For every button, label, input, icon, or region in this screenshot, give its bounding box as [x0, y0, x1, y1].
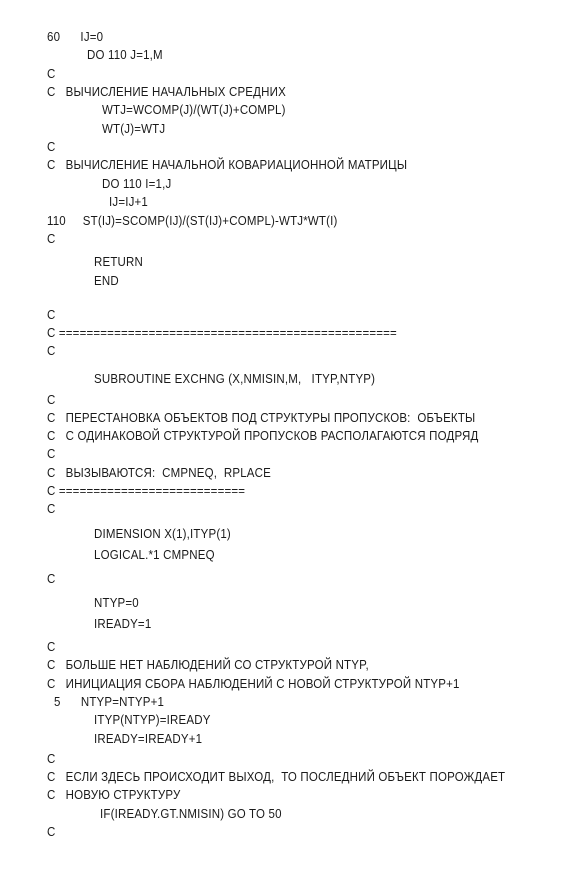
code-line: IREADY=1: [94, 615, 151, 633]
code-line: C С ОДИНАКОВОЙ СТРУКТУРОЙ ПРОПУСКОВ РАСП…: [47, 427, 479, 445]
code-line: C ВЫЧИСЛЕНИЕ НАЧАЛЬНОЙ КОВАРИАЦИОННОЙ МА…: [47, 156, 407, 174]
code-line: ITYP(NTYP)=IREADY: [94, 711, 211, 729]
code-line: C: [47, 306, 55, 324]
code-line: C БОЛЬШЕ НЕТ НАБЛЮДЕНИЙ СО СТРУКТУРОЙ NT…: [47, 656, 369, 674]
code-line: LOGICAL.*1 CMPNEQ: [94, 546, 215, 564]
code-line: IF(IREADY.GT.NMISIN) GO TO 50: [100, 805, 282, 823]
code-line: RETURN: [94, 253, 143, 271]
code-line: C: [47, 750, 55, 768]
code-line: END: [94, 272, 119, 290]
code-line: DIMENSION X(1),ITYP(1): [94, 525, 231, 543]
code-listing-page: 60 IJ=0DO 110 J=1,MCC ВЫЧИСЛЕНИЕ НАЧАЛЬН…: [0, 0, 569, 884]
code-line: C: [47, 500, 55, 518]
code-line: C: [47, 570, 55, 588]
code-line: C: [47, 230, 55, 248]
code-line: SUBROUTINE EXCHNG (X,NMISIN,M, ITYP,NTYP…: [94, 370, 375, 388]
code-line: C НОВУЮ СТРУКТУРУ: [47, 786, 180, 804]
code-line: C: [47, 138, 55, 156]
code-line: IREADY=IREADY+1: [94, 730, 202, 748]
code-line: C: [47, 391, 55, 409]
code-line: NTYP=0: [94, 594, 139, 612]
code-line: IJ=IJ+1: [109, 193, 148, 211]
code-line: 110 ST(IJ)=SCOMP(IJ)/(ST(IJ)+COMPL)-WTJ*…: [47, 212, 338, 230]
code-line: C ЕСЛИ ЗДЕСЬ ПРОИСХОДИТ ВЫХОД, ТО ПОСЛЕД…: [47, 768, 505, 786]
code-line: C ===========================: [47, 482, 245, 500]
code-line: C ИНИЦИАЦИЯ СБОРА НАБЛЮДЕНИЙ С НОВОЙ СТР…: [47, 675, 460, 693]
code-line: WT(J)=WTJ: [102, 120, 165, 138]
code-line: WTJ=WCOMP(J)/(WT(J)+COMPL): [102, 101, 286, 119]
code-line: C ======================================…: [47, 324, 397, 342]
code-line: C ВЫЗЫВАЮТСЯ: CMPNEQ, RPLACE: [47, 464, 271, 482]
code-line: C ПЕРЕСТАНОВКА ОБЪЕКТОВ ПОД СТРУКТУРЫ ПР…: [47, 409, 475, 427]
code-line: C ВЫЧИСЛЕНИЕ НАЧАЛЬНЫХ СРЕДНИХ: [47, 83, 286, 101]
code-line: DO 110 I=1,J: [102, 175, 171, 193]
code-line: DO 110 J=1,M: [87, 46, 163, 64]
code-line: C: [47, 638, 55, 656]
code-line: C: [47, 445, 55, 463]
code-line: C: [47, 823, 55, 841]
code-line: 5 NTYP=NTYP+1: [54, 693, 164, 711]
code-line: C: [47, 65, 55, 83]
code-line: 60 IJ=0: [47, 28, 103, 46]
code-line: C: [47, 342, 55, 360]
